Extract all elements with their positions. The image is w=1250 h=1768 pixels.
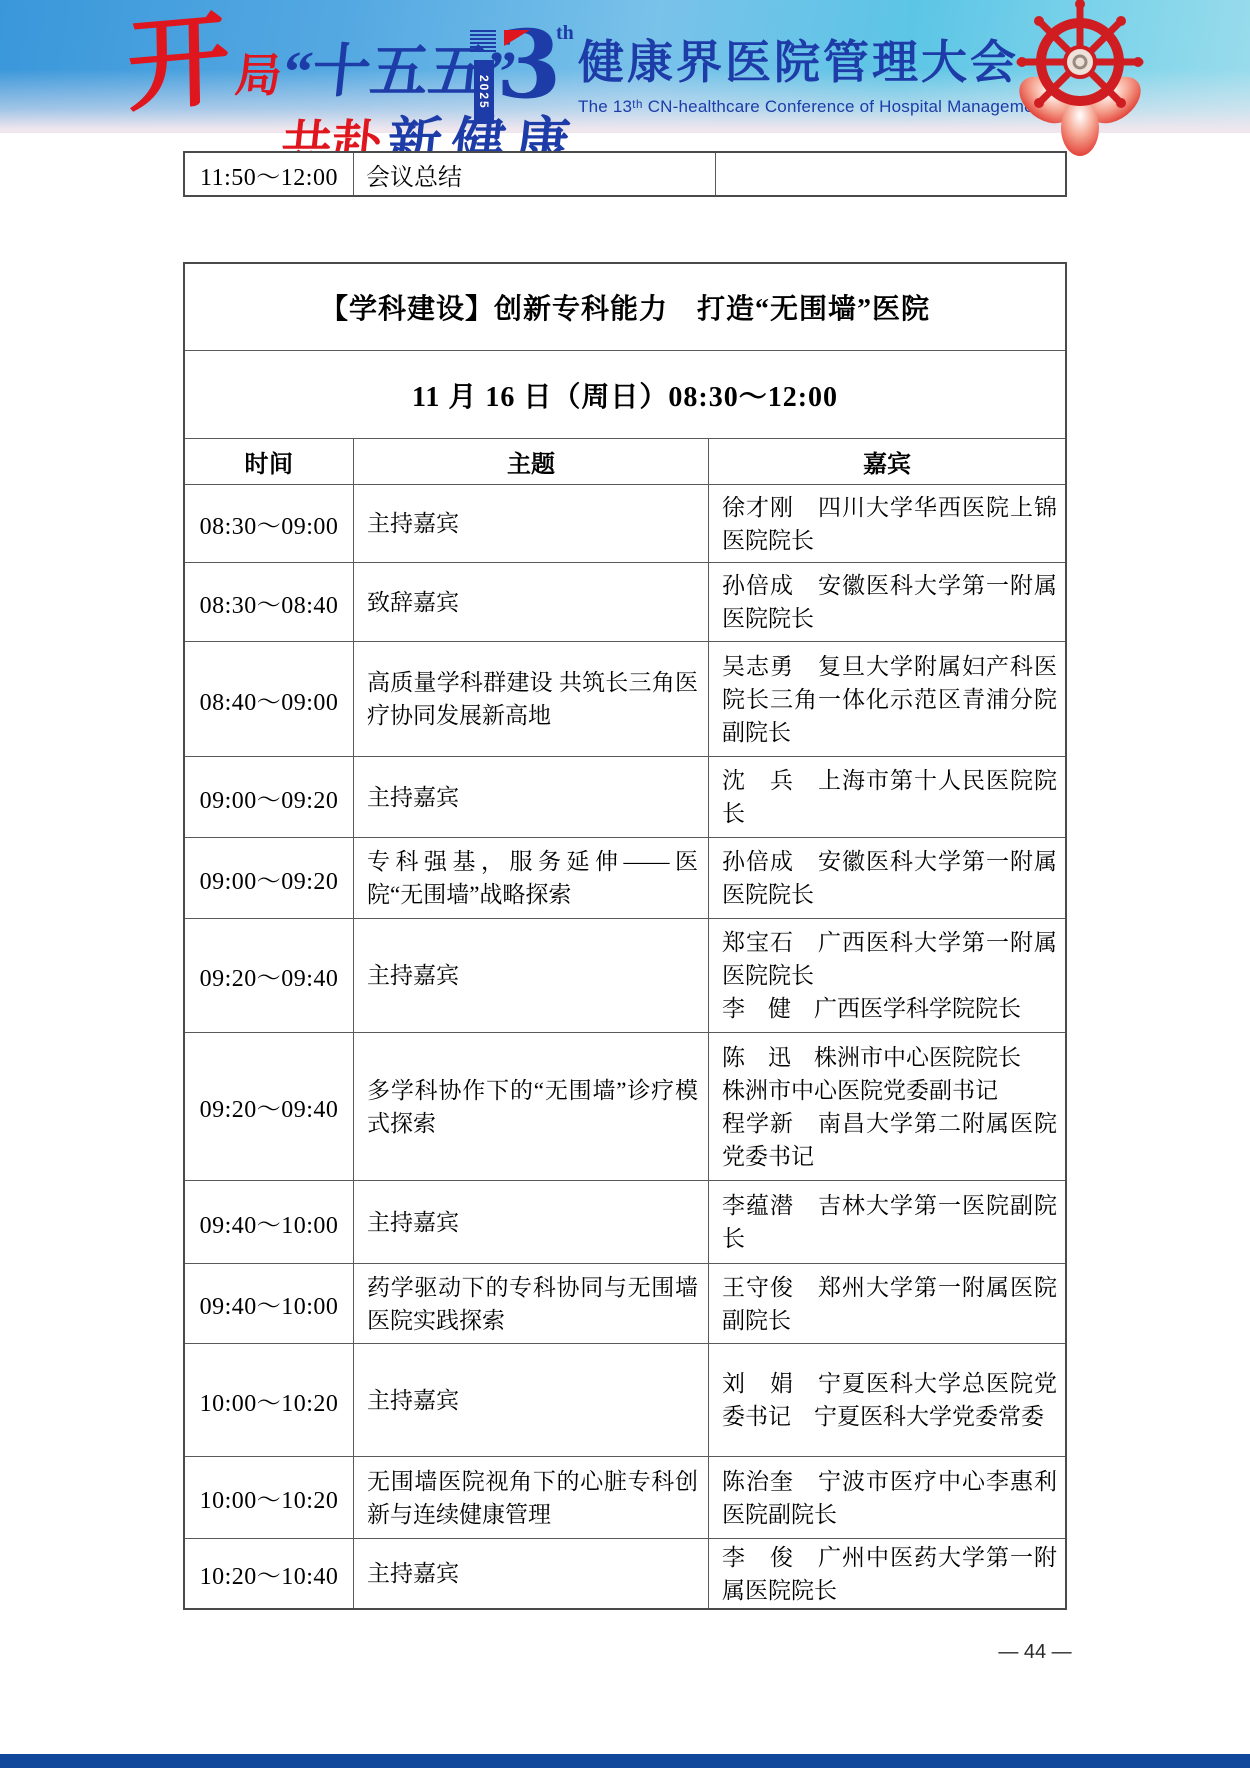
row-time: 09:00～09:20 (185, 757, 353, 837)
row-time: 09:40～10:00 (185, 1264, 353, 1343)
table-row: 09:20～09:40 主持嘉宾 郑宝石 广西医科大学第一附属医院院长 李 健 … (185, 918, 1065, 1032)
table-row: 09:40～10:00 药学驱动下的专科协同与无围墙医院实践探索 王守俊 郑州大… (185, 1263, 1065, 1343)
conference-13th-logo: 2025 3 th (470, 28, 570, 118)
row-guest: 孙倍成 安徽医科大学第一附属医院院长 (709, 563, 1065, 641)
session-table: 【学科建设】创新专科能力 打造“无围墙”医院 11 月 16 日（周日）08:3… (183, 262, 1067, 1610)
row-guest: 李 俊 广州中医药大学第一附属医院院长 (709, 1539, 1065, 1608)
slogan-line1-red: 局 (233, 39, 286, 105)
row-guest: 李蕴潜 吉林大学第一医院副院长 (709, 1181, 1065, 1263)
row-topic: 致辞嘉宾 (353, 563, 709, 641)
logo-year-bar: 2025 (474, 60, 494, 124)
row-topic: 主持嘉宾 (353, 1539, 709, 1608)
row-time: 09:20～09:40 (185, 1033, 353, 1180)
table-row: 09:00～09:20 专科强基，服务延伸——医院“无围墙”战略探索 孙倍成 安… (185, 837, 1065, 918)
conference-title-chinese: 健康界医院管理大会 (578, 26, 1048, 92)
table-row: 10:20～10:40 主持嘉宾 李 俊 广州中医药大学第一附属医院院长 (185, 1538, 1065, 1608)
row-time: 10:20～10:40 (185, 1539, 353, 1608)
row-topic: 主持嘉宾 (353, 1344, 709, 1456)
row-guest: 郑宝石 广西医科大学第一附属医院院长 李 健 广西医学科学院院长 (709, 919, 1065, 1032)
table-row: 08:30～09:00 主持嘉宾 徐才刚 四川大学华西医院上锦医院院长 (185, 484, 1065, 562)
schedule-row-summary: 11:50～12:00 会议总结 (183, 151, 1067, 197)
row-time: 08:40～09:00 (185, 642, 353, 756)
row-time: 10:00～10:20 (185, 1344, 353, 1456)
ship-wheel-icon (1005, 4, 1155, 156)
row-time: 08:30～08:40 (185, 563, 353, 641)
row-topic: 多学科协作下的“无围墙”诊疗模式探索 (353, 1033, 709, 1180)
row-guest: 陈治奎 宁波市医疗中心李惠利医院副院长 (709, 1457, 1065, 1538)
table-row: 08:40～09:00 高质量学科群建设 共筑长三角医疗协同发展新高地 吴志勇 … (185, 641, 1065, 756)
program-page: 开 局“十五五” 共赴新健康 2025 3 th 健康界医院管理大会 The 1… (0, 0, 1250, 1768)
table-row: 09:40～10:00 主持嘉宾 李蕴潜 吉林大学第一医院副院长 (185, 1180, 1065, 1263)
row-guest: 刘 娟 宁夏医科大学总医院党委书记 宁夏医科大学党委常委 (709, 1344, 1065, 1456)
table-row: 09:00～09:20 主持嘉宾 沈 兵 上海市第十人民医院院长 (185, 756, 1065, 837)
row-topic: 药学驱动下的专科协同与无围墙医院实践探索 (353, 1264, 709, 1343)
banner-titles: 健康界医院管理大会 The 13ᵗʰ CN-healthcare Confere… (578, 26, 1048, 117)
row-guest: 孙倍成 安徽医科大学第一附属医院院长 (709, 838, 1065, 918)
table-row: 08:30～08:40 致辞嘉宾 孙倍成 安徽医科大学第一附属医院院长 (185, 562, 1065, 641)
column-header-time: 时间 (185, 439, 353, 484)
column-header-guest: 嘉宾 (709, 439, 1065, 484)
table-row: 09:20～09:40 多学科协作下的“无围墙”诊疗模式探索 陈 迅 株洲市中心… (185, 1032, 1065, 1180)
row-topic: 高质量学科群建设 共筑长三角医疗协同发展新高地 (353, 642, 709, 756)
row-topic: 主持嘉宾 (353, 1181, 709, 1263)
session-datetime: 11 月 16 日（周日）08:30～12:00 (185, 351, 1065, 438)
row-topic: 主持嘉宾 (353, 919, 709, 1032)
row-topic: 无围墙医院视角下的心脏专科创新与连续健康管理 (353, 1457, 709, 1538)
row-topic: 专科强基，服务延伸——医院“无围墙”战略探索 (353, 838, 709, 918)
logo-hatch-lines-icon (470, 30, 496, 54)
column-header-topic: 主题 (353, 439, 709, 484)
table-header-row: 时间 主题 嘉宾 (185, 438, 1065, 484)
row-time: 09:20～09:40 (185, 919, 353, 1032)
table-row: 10:00～10:20 主持嘉宾 刘 娟 宁夏医科大学总医院党委书记 宁夏医科大… (185, 1343, 1065, 1456)
row-guest: 徐才刚 四川大学华西医院上锦医院院长 (709, 485, 1065, 562)
row-guest: 吴志勇 复旦大学附属妇产科医院长三角一体化示范区青浦分院副院长 (709, 642, 1065, 756)
row-time: 09:40～10:00 (185, 1181, 353, 1263)
logo-red-flag-icon (504, 30, 530, 46)
row-topic: 主持嘉宾 (353, 485, 709, 562)
logo-th-superscript: th (556, 22, 574, 45)
page-number: — 44 — (960, 1641, 1110, 1664)
row-guest: 沈 兵 上海市第十人民医院院长 (709, 757, 1065, 837)
session-title-row: 【学科建设】创新专科能力 打造“无围墙”医院 (185, 264, 1065, 350)
summary-time: 11:50～12:00 (185, 153, 353, 195)
row-guest: 王守俊 郑州大学第一附属医院副院长 (709, 1264, 1065, 1343)
row-time: 08:30～09:00 (185, 485, 353, 562)
row-time: 09:00～09:20 (185, 838, 353, 918)
table-row: 10:00～10:20 无围墙医院视角下的心脏专科创新与连续健康管理 陈治奎 宁… (185, 1456, 1065, 1538)
summary-guest (716, 153, 1065, 195)
session-title: 【学科建设】创新专科能力 打造“无围墙”医院 (185, 264, 1065, 350)
footer-bar (0, 1754, 1250, 1768)
row-time: 10:00～10:20 (185, 1457, 353, 1538)
row-topic: 主持嘉宾 (353, 757, 709, 837)
summary-topic: 会议总结 (353, 153, 716, 195)
row-guest: 陈 迅 株洲市中心医院院长 株洲市中心医院党委副书记 程学新 南昌大学第二附属医… (709, 1033, 1065, 1180)
session-datetime-row: 11 月 16 日（周日）08:30～12:00 (185, 350, 1065, 438)
conference-title-english: The 13ᵗʰ CN-healthcare Conference of Hos… (578, 97, 1048, 117)
